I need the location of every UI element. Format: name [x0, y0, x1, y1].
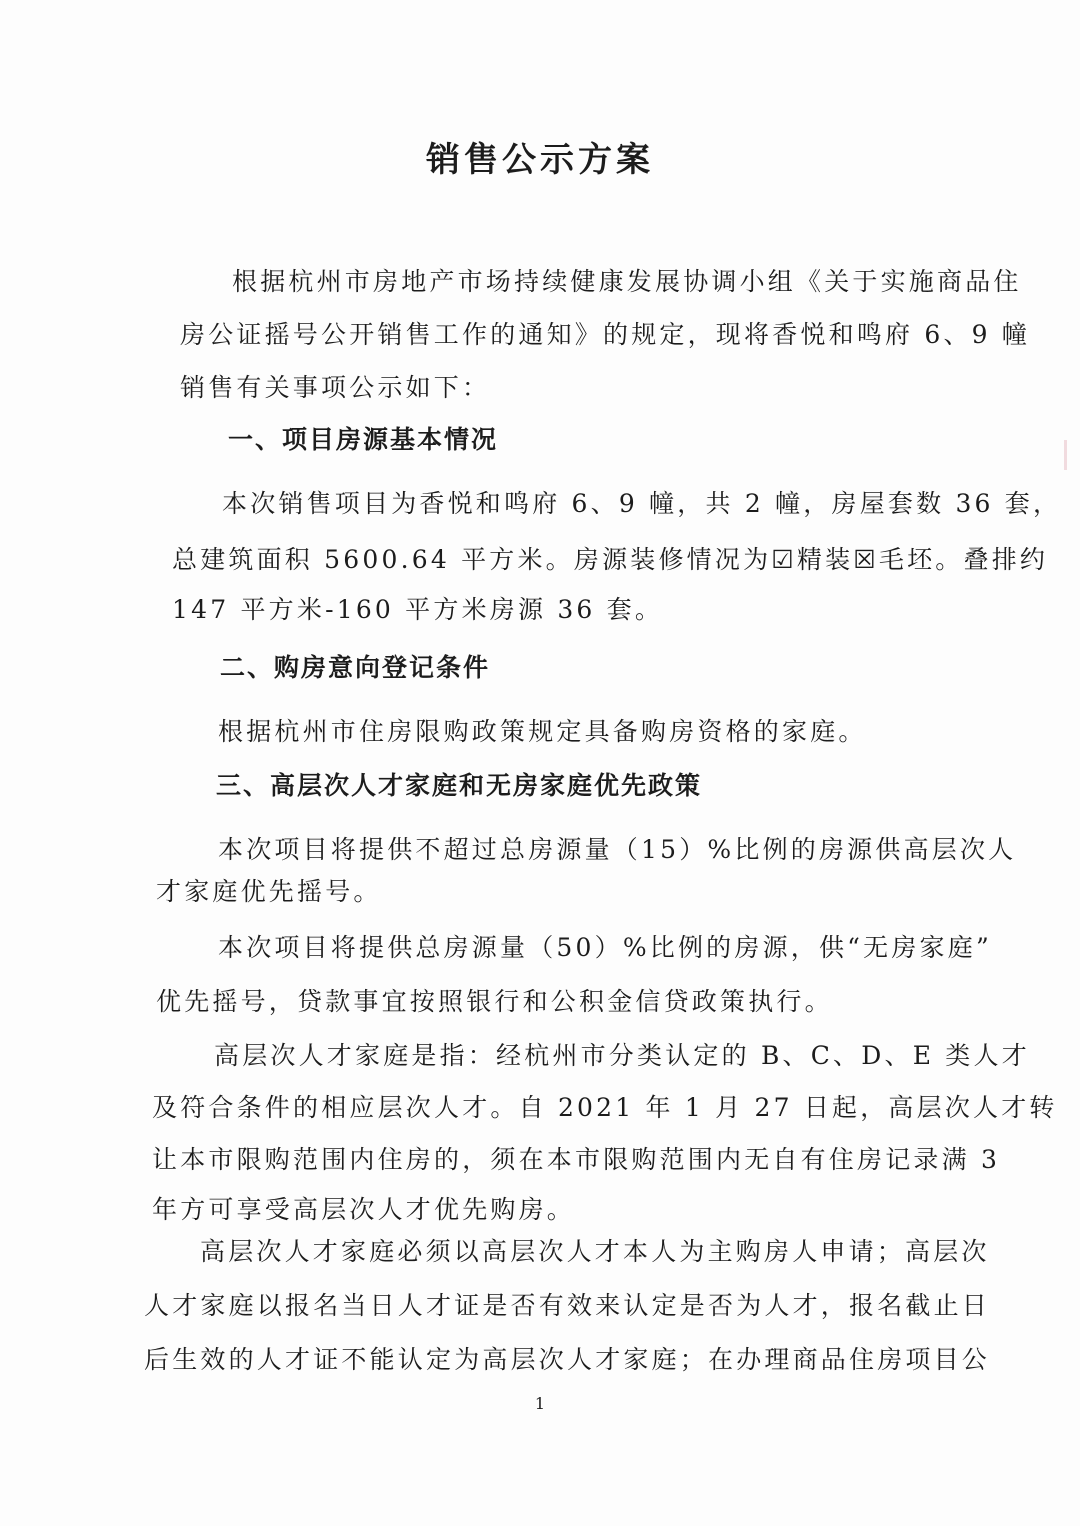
- section3-line-4: 优先摇号，贷款事宜按照银行和公积金信贷政策执行。: [156, 982, 833, 1018]
- scan-mark: [1064, 440, 1067, 470]
- document-page: 销售公示方案 根据杭州市房地产市场持续健康发展协调小组《关于实施商品住 房公证摇…: [0, 0, 1080, 1526]
- section3-line-5: 高层次人才家庭是指：经杭州市分类认定的 B、C、D、E 类人才: [214, 1036, 1030, 1072]
- section3-line-8: 年方可享受高层次人才优先购房。: [152, 1190, 575, 1226]
- section1-line-1: 本次销售项目为香悦和鸣府 6、9 幢，共 2 幢，房屋套数 36 套，: [222, 484, 1061, 520]
- section3-line-3: 本次项目将提供总房源量（50）%比例的房源，供“无房家庭”: [218, 928, 992, 964]
- intro-line-1: 根据杭州市房地产市场持续健康发展协调小组《关于实施商品住: [232, 262, 1022, 298]
- section3-line-11: 后生效的人才证不能认定为高层次人才家庭；在办理商品住房项目公: [144, 1340, 990, 1376]
- section3-line-10: 人才家庭以报名当日人才证是否有效来认定是否为人才，报名截止日: [144, 1286, 990, 1322]
- page-number: 1: [0, 1394, 1080, 1413]
- section-heading-3: 三、高层次人才家庭和无房家庭优先政策: [216, 766, 702, 802]
- section-heading-2: 二、购房意向登记条件: [220, 648, 490, 684]
- section3-line-6: 及符合条件的相应层次人才。自 2021 年 1 月 27 日起，高层次人才转: [152, 1088, 1058, 1124]
- section1-line-2: 总建筑面积 5600.64 平方米。房源装修情况为☑精装☒毛坯。叠排约: [172, 540, 1048, 576]
- document-title: 销售公示方案: [0, 132, 1080, 181]
- section2-line-1: 根据杭州市住房限购政策规定具备购房资格的家庭。: [218, 712, 867, 748]
- section3-line-9: 高层次人才家庭必须以高层次人才本人为主购房人申请；高层次: [200, 1232, 990, 1268]
- section3-line-1: 本次项目将提供不超过总房源量（15）%比例的房源供高层次人: [218, 830, 1016, 866]
- section3-line-7: 让本市限购范围内住房的，须在本市限购范围内无自有住房记录满 3: [152, 1140, 1000, 1176]
- intro-line-2: 房公证摇号公开销售工作的通知》的规定，现将香悦和鸣府 6、9 幢: [180, 315, 1030, 351]
- section1-line-3: 147 平方米-160 平方米房源 36 套。: [172, 590, 663, 626]
- section3-line-2: 才家庭优先摇号。: [156, 872, 382, 908]
- section-heading-1: 一、项目房源基本情况: [228, 420, 498, 456]
- intro-line-3: 销售有关事项公示如下：: [180, 368, 490, 404]
